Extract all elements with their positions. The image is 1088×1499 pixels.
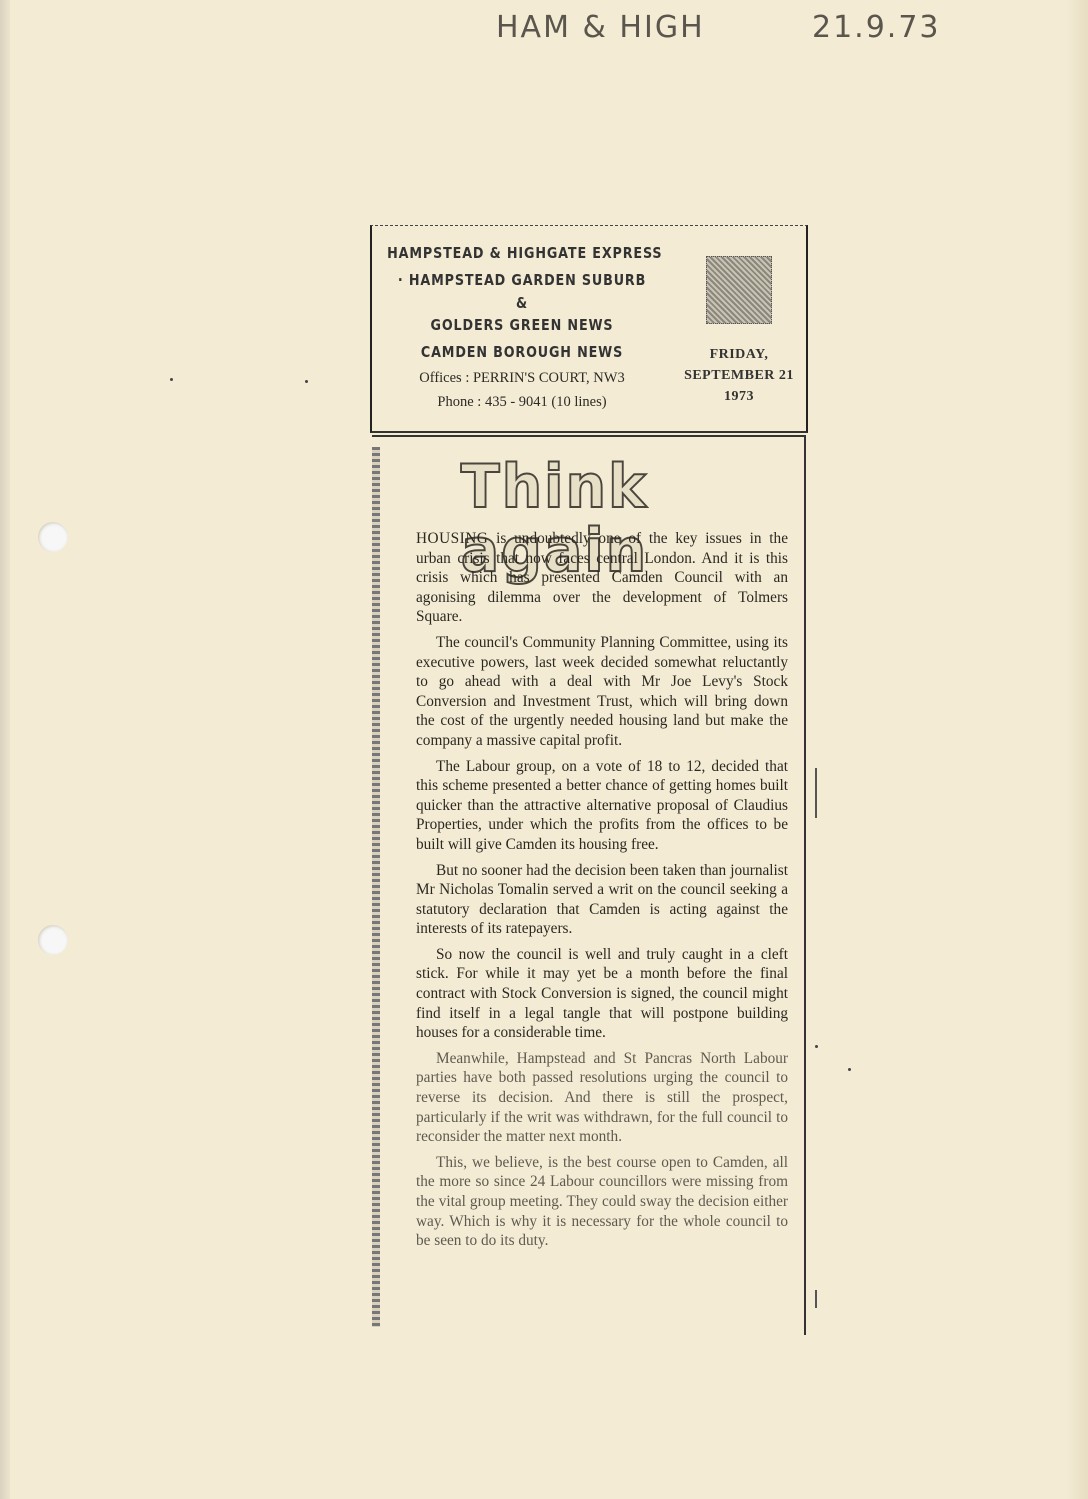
ink-speck — [170, 378, 173, 381]
ink-speck — [815, 1045, 818, 1048]
newspaper-logo-icon — [706, 256, 772, 324]
masthead-date: SEPTEMBER 21 — [672, 365, 806, 386]
ink-speck — [848, 1068, 851, 1071]
masthead-date-block: FRIDAY, SEPTEMBER 21 1973 — [672, 256, 806, 407]
handwritten-publication-note: HAM & HIGH — [496, 10, 705, 45]
article-body: HOUSING is undoubtedly one of the key is… — [416, 529, 788, 1257]
article-paragraph-3: The Labour group, on a vote of 18 to 12,… — [416, 757, 788, 855]
masthead-titles: HAMPSTEAD & HIGHGATE EXPRESS · HAMPSTEAD… — [372, 240, 672, 414]
newspaper-masthead: HAMPSTEAD & HIGHGATE EXPRESS · HAMPSTEAD… — [370, 225, 808, 433]
scanned-page-right-edge — [1066, 0, 1088, 1499]
handwritten-date-note: 21.9.73 — [812, 10, 941, 45]
masthead-title-golders: GOLDERS GREEN NEWS — [395, 312, 650, 339]
masthead-title-express: HAMPSTEAD & HIGHGATE EXPRESS — [387, 240, 649, 267]
article-column-rule — [372, 447, 380, 1327]
punch-hole-top — [38, 522, 68, 552]
pencil-margin-mark-bottom — [815, 1290, 817, 1308]
masthead-title-suburb: · HAMPSTEAD GARDEN SUBURB — [395, 267, 650, 294]
punch-hole-bottom — [38, 925, 68, 955]
scanned-page-left-edge — [0, 0, 10, 1499]
masthead-day: FRIDAY, — [672, 344, 806, 365]
masthead-offices: Offices : PERRIN'S COURT, NW3 — [372, 366, 672, 390]
editorial-article: Think again HOUSING is undoubtedly one o… — [372, 435, 806, 1335]
article-paragraph-5: So now the council is well and truly cau… — [416, 945, 788, 1043]
article-lead-word: HOUSING — [416, 530, 488, 547]
masthead-phone: Phone : 435 - 9041 (10 lines) — [372, 390, 672, 414]
masthead-year: 1973 — [672, 386, 806, 407]
article-paragraph-1: HOUSING is undoubtedly one of the key is… — [416, 529, 788, 627]
article-paragraph-7: This, we believe, is the best course ope… — [416, 1153, 788, 1251]
masthead-ampersand: & — [395, 294, 650, 312]
article-paragraph-6: Meanwhile, Hampstead and St Pancras Nort… — [416, 1049, 788, 1147]
article-paragraph-4: But no sooner had the decision been take… — [416, 861, 788, 939]
pencil-margin-mark — [815, 768, 817, 818]
ink-speck — [305, 380, 308, 383]
article-paragraph-2: The council's Community Planning Committ… — [416, 633, 788, 751]
masthead-title-camden: CAMDEN BOROUGH NEWS — [395, 339, 650, 366]
